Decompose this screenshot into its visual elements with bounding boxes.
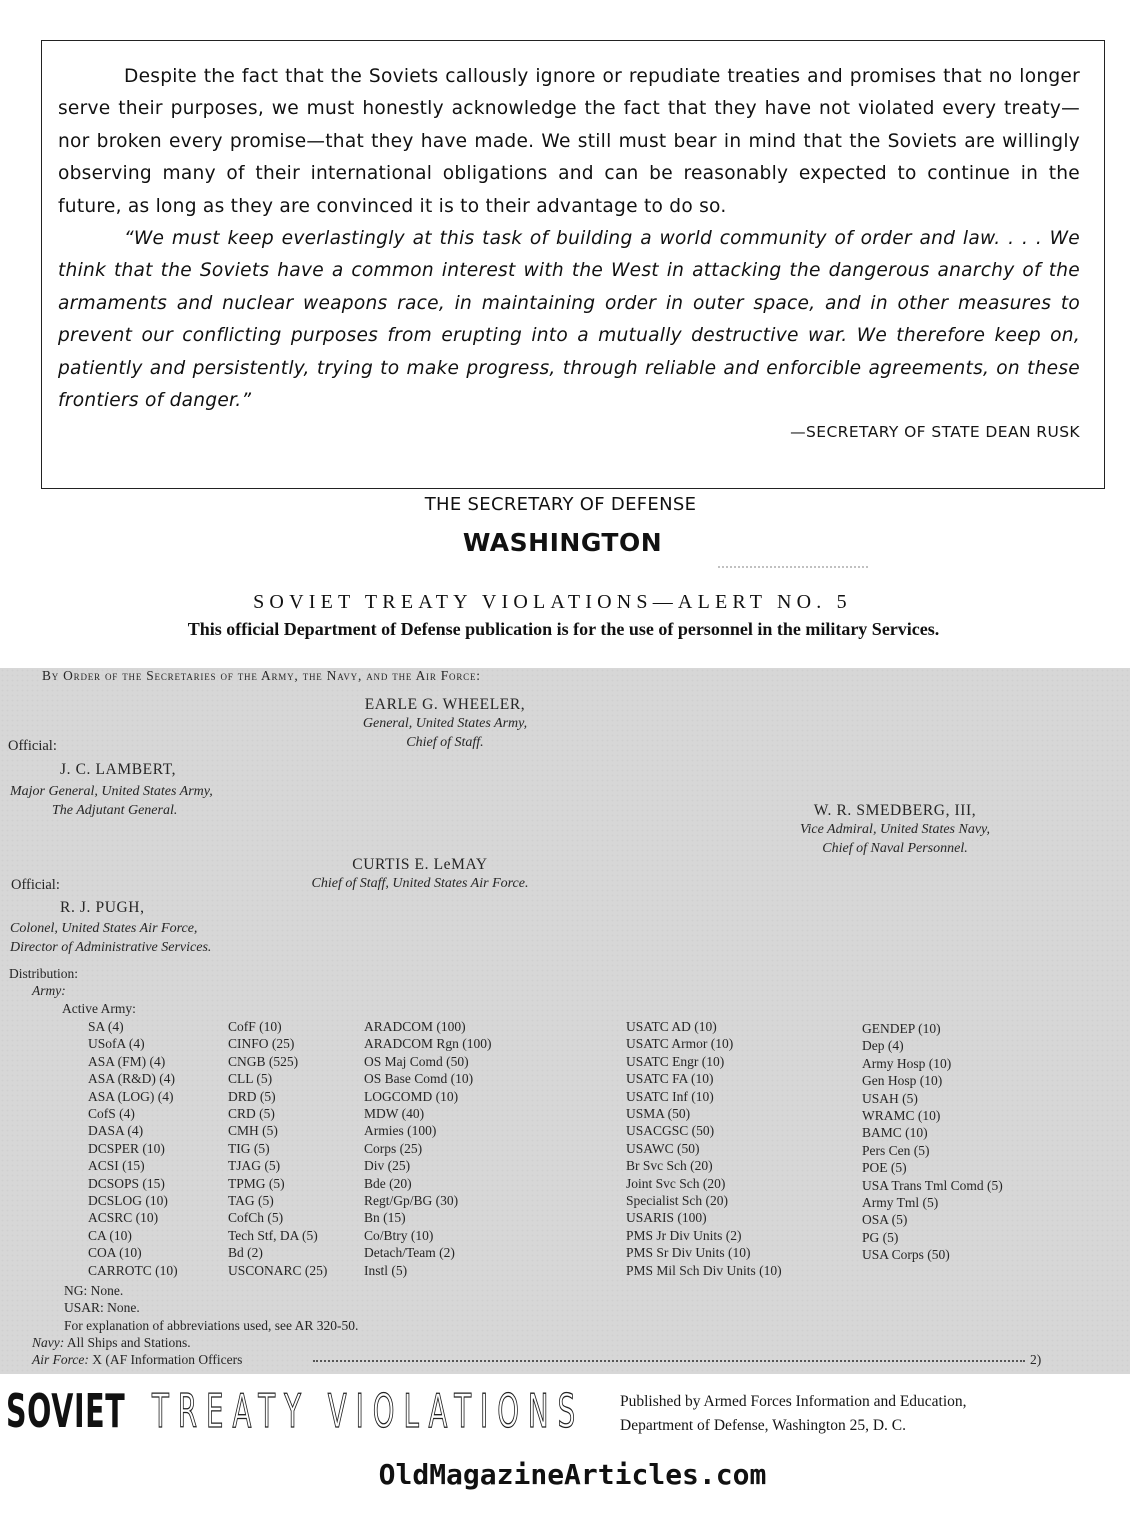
distribution-item: USofA (4) [88, 1035, 178, 1052]
distribution-item: USATC AD (10) [626, 1018, 782, 1035]
distribution-item: ACSI (15) [88, 1157, 178, 1174]
signatory-role: Chief of Naval Personnel. [740, 839, 1050, 858]
distribution-item: BAMC (10) [862, 1124, 1003, 1141]
distribution-item: ACSRC (10) [88, 1209, 178, 1226]
distribution-item: USA Corps (50) [862, 1246, 1003, 1263]
distribution-column-2: CofF (10)CINFO (25)CNGB (525)CLL (5)DRD … [228, 1018, 327, 1279]
distribution-item: GENDEP (10) [862, 1020, 1003, 1037]
official-label: Official: [8, 738, 57, 755]
quote-paragraph-intro: Despite the fact that the Soviets callou… [58, 61, 1080, 223]
distribution-item: USATC FA (10) [626, 1070, 782, 1087]
distribution-item: USARIS (100) [626, 1209, 782, 1226]
distribution-item: Armies (100) [364, 1122, 492, 1139]
distribution-item: DCSLOG (10) [88, 1192, 178, 1209]
distribution-item: Corps (25) [364, 1140, 492, 1157]
distribution-item: USATC Inf (10) [626, 1088, 782, 1105]
publisher-line: Published by Armed Forces Information an… [620, 1390, 967, 1414]
signatory-name: R. J. PUGH, [60, 899, 145, 917]
by-order-line: By Order of the Secretaries of the Army,… [42, 668, 481, 684]
distribution-item: PG (5) [862, 1229, 1003, 1246]
logo-treaty-violations: TREATY VIOLATIONS [152, 1380, 584, 1442]
distribution-item: Bn (15) [364, 1209, 492, 1226]
distribution-item: LOGCOMD (10) [364, 1088, 492, 1105]
signatory-name: W. R. SMEDBERG, III, [740, 802, 1050, 820]
site-watermark: OldMagazineArticles.com [0, 1458, 1135, 1491]
dot-leader [313, 1360, 1025, 1362]
order-panel: By Order of the Secretaries of the Army,… [0, 668, 1130, 1374]
distribution-item: CofF (10) [228, 1018, 327, 1035]
distribution-item: CLL (5) [228, 1070, 327, 1087]
distribution-item: TIG (5) [228, 1140, 327, 1157]
signatory-role: General, United States Army, [320, 714, 570, 733]
alert-title: SOVIET TREATY VIOLATIONS—ALERT NO. 5 [0, 591, 1135, 614]
distribution-item: PMS Mil Sch Div Units (10) [626, 1262, 782, 1279]
signatory-role: Chief of Staff, United States Air Force. [270, 874, 570, 893]
distribution-item: USAH (5) [862, 1090, 1003, 1107]
distribution-item: Bde (20) [364, 1175, 492, 1192]
distribution-item: Div (25) [364, 1157, 492, 1174]
publisher-line: Department of Defense, Washington 25, D.… [620, 1414, 967, 1438]
air-force-value: X (AF Information Officers [92, 1352, 242, 1367]
distribution-item: Pers Cen (5) [862, 1142, 1003, 1159]
faded-date-line [718, 566, 868, 569]
distribution-item: Br Svc Sch (20) [626, 1157, 782, 1174]
distribution-item: ARADCOM Rgn (100) [364, 1035, 492, 1052]
distribution-item: DASA (4) [88, 1122, 178, 1139]
distribution-column-3: ARADCOM (100)ARADCOM Rgn (100)OS Maj Com… [364, 1018, 492, 1279]
alert-subtitle: This official Department of Defense publ… [0, 619, 1135, 640]
distribution-item: USA Trans Tml Comd (5) [862, 1177, 1003, 1194]
distribution-item: Bd (2) [228, 1244, 327, 1261]
distribution-item: CRD (5) [228, 1105, 327, 1122]
official-label: Official: [11, 877, 60, 894]
distribution-item: CMH (5) [228, 1122, 327, 1139]
distribution-item: Co/Btry (10) [364, 1227, 492, 1244]
distribution-item: ASA (LOG) (4) [88, 1088, 178, 1105]
distribution-item: DRD (5) [228, 1088, 327, 1105]
signatory-role: The Adjutant General. [52, 801, 177, 820]
signatory-role: Chief of Staff. [320, 733, 570, 752]
quote-box: Despite the fact that the Soviets callou… [41, 40, 1105, 489]
navy-line: Navy: All Ships and Stations. [32, 1335, 191, 1351]
distribution-item: DCSPER (10) [88, 1140, 178, 1157]
distribution-label: Distribution: [9, 966, 78, 982]
distribution-item: Detach/Team (2) [364, 1244, 492, 1261]
distribution-item: DCSOPS (15) [88, 1175, 178, 1192]
army-label: Army: [32, 983, 66, 999]
distribution-column-5: GENDEP (10)Dep (4)Army Hosp (10)Gen Hosp… [862, 1020, 1003, 1264]
signatory-role: Major General, United States Army, [10, 782, 213, 801]
distribution-item: PMS Jr Div Units (2) [626, 1227, 782, 1244]
distribution-column-1: SA (4)USofA (4)ASA (FM) (4)ASA (R&D) (4)… [88, 1018, 178, 1279]
distribution-item: Regt/Gp/BG (30) [364, 1192, 492, 1209]
distribution-item: USAWC (50) [626, 1140, 782, 1157]
distribution-item: Tech Stf, DA (5) [228, 1227, 327, 1244]
air-force-line: Air Force: X (AF Information Officers [32, 1352, 242, 1368]
distribution-item: Army Hosp (10) [862, 1055, 1003, 1072]
distribution-item: ASA (R&D) (4) [88, 1070, 178, 1087]
distribution-item: TJAG (5) [228, 1157, 327, 1174]
distribution-item: Gen Hosp (10) [862, 1072, 1003, 1089]
signatory-smedberg: W. R. SMEDBERG, III, Vice Admiral, Unite… [740, 802, 1050, 858]
signatory-wheeler: EARLE G. WHEELER, General, United States… [320, 696, 570, 752]
distribution-item: CNGB (525) [228, 1053, 327, 1070]
distribution-item: CofCh (5) [228, 1209, 327, 1226]
signatory-role: Colonel, United States Air Force, [10, 919, 197, 938]
logo-soviet: SOVIET [6, 1380, 125, 1442]
air-force-label: Air Force: [32, 1352, 89, 1367]
distribution-item: OSA (5) [862, 1211, 1003, 1228]
navy-label: Navy: [32, 1335, 64, 1350]
signatory-role: Director of Administrative Services. [10, 938, 211, 957]
distribution-item: SA (4) [88, 1018, 178, 1035]
distribution-item: COA (10) [88, 1244, 178, 1261]
distribution-item: PMS Sr Div Units (10) [626, 1244, 782, 1261]
navy-value: All Ships and Stations. [67, 1335, 191, 1350]
signatory-name: J. C. LAMBERT, [60, 761, 176, 779]
signatory-name: CURTIS E. LeMAY [270, 856, 570, 874]
distribution-item: Specialist Sch (20) [626, 1192, 782, 1209]
distribution-item: TAG (5) [228, 1192, 327, 1209]
distribution-item: POE (5) [862, 1159, 1003, 1176]
distribution-item: CARROTC (10) [88, 1262, 178, 1279]
ng-line: NG: None. [64, 1283, 123, 1299]
distribution-item: CofS (4) [88, 1105, 178, 1122]
signatory-name: EARLE G. WHEELER, [320, 696, 570, 714]
distribution-item: USCONARC (25) [228, 1262, 327, 1279]
distribution-column-4: USATC AD (10)USATC Armor (10)USATC Engr … [626, 1018, 782, 1279]
distribution-item: Dep (4) [862, 1037, 1003, 1054]
distribution-item: OS Base Comd (10) [364, 1070, 492, 1087]
active-army-label: Active Army: [62, 1001, 136, 1017]
distribution-item: OS Maj Comd (50) [364, 1053, 492, 1070]
distribution-item: CINFO (25) [228, 1035, 327, 1052]
distribution-item: ARADCOM (100) [364, 1018, 492, 1035]
distribution-item: MDW (40) [364, 1105, 492, 1122]
distribution-item: USMA (50) [626, 1105, 782, 1122]
quote-attribution: —SECRETARY OF STATE DEAN RUSK [58, 423, 1080, 441]
quote-paragraph-rusk: “We must keep everlastingly at this task… [58, 223, 1080, 417]
publisher-info: Published by Armed Forces Information an… [620, 1390, 967, 1438]
distribution-item: WRAMC (10) [862, 1107, 1003, 1124]
distribution-item: USATC Armor (10) [626, 1035, 782, 1052]
signatory-lemay: CURTIS E. LeMAY Chief of Staff, United S… [270, 856, 570, 893]
air-force-end: 2) [1030, 1352, 1041, 1368]
distribution-item: Army Tml (5) [862, 1194, 1003, 1211]
distribution-item: Instl (5) [364, 1262, 492, 1279]
office-city: WASHINGTON [0, 528, 1130, 557]
office-title: THE SECRETARY OF DEFENSE [0, 494, 1128, 515]
distribution-item: ASA (FM) (4) [88, 1053, 178, 1070]
distribution-item: Joint Svc Sch (20) [626, 1175, 782, 1192]
distribution-item: CA (10) [88, 1227, 178, 1244]
distribution-item: USATC Engr (10) [626, 1053, 782, 1070]
distribution-item: TPMG (5) [228, 1175, 327, 1192]
signatory-role: Vice Admiral, United States Navy, [740, 820, 1050, 839]
explanation-line: For explanation of abbreviations used, s… [64, 1318, 358, 1334]
distribution-item: USACGSC (50) [626, 1122, 782, 1139]
usar-line: USAR: None. [64, 1300, 140, 1316]
